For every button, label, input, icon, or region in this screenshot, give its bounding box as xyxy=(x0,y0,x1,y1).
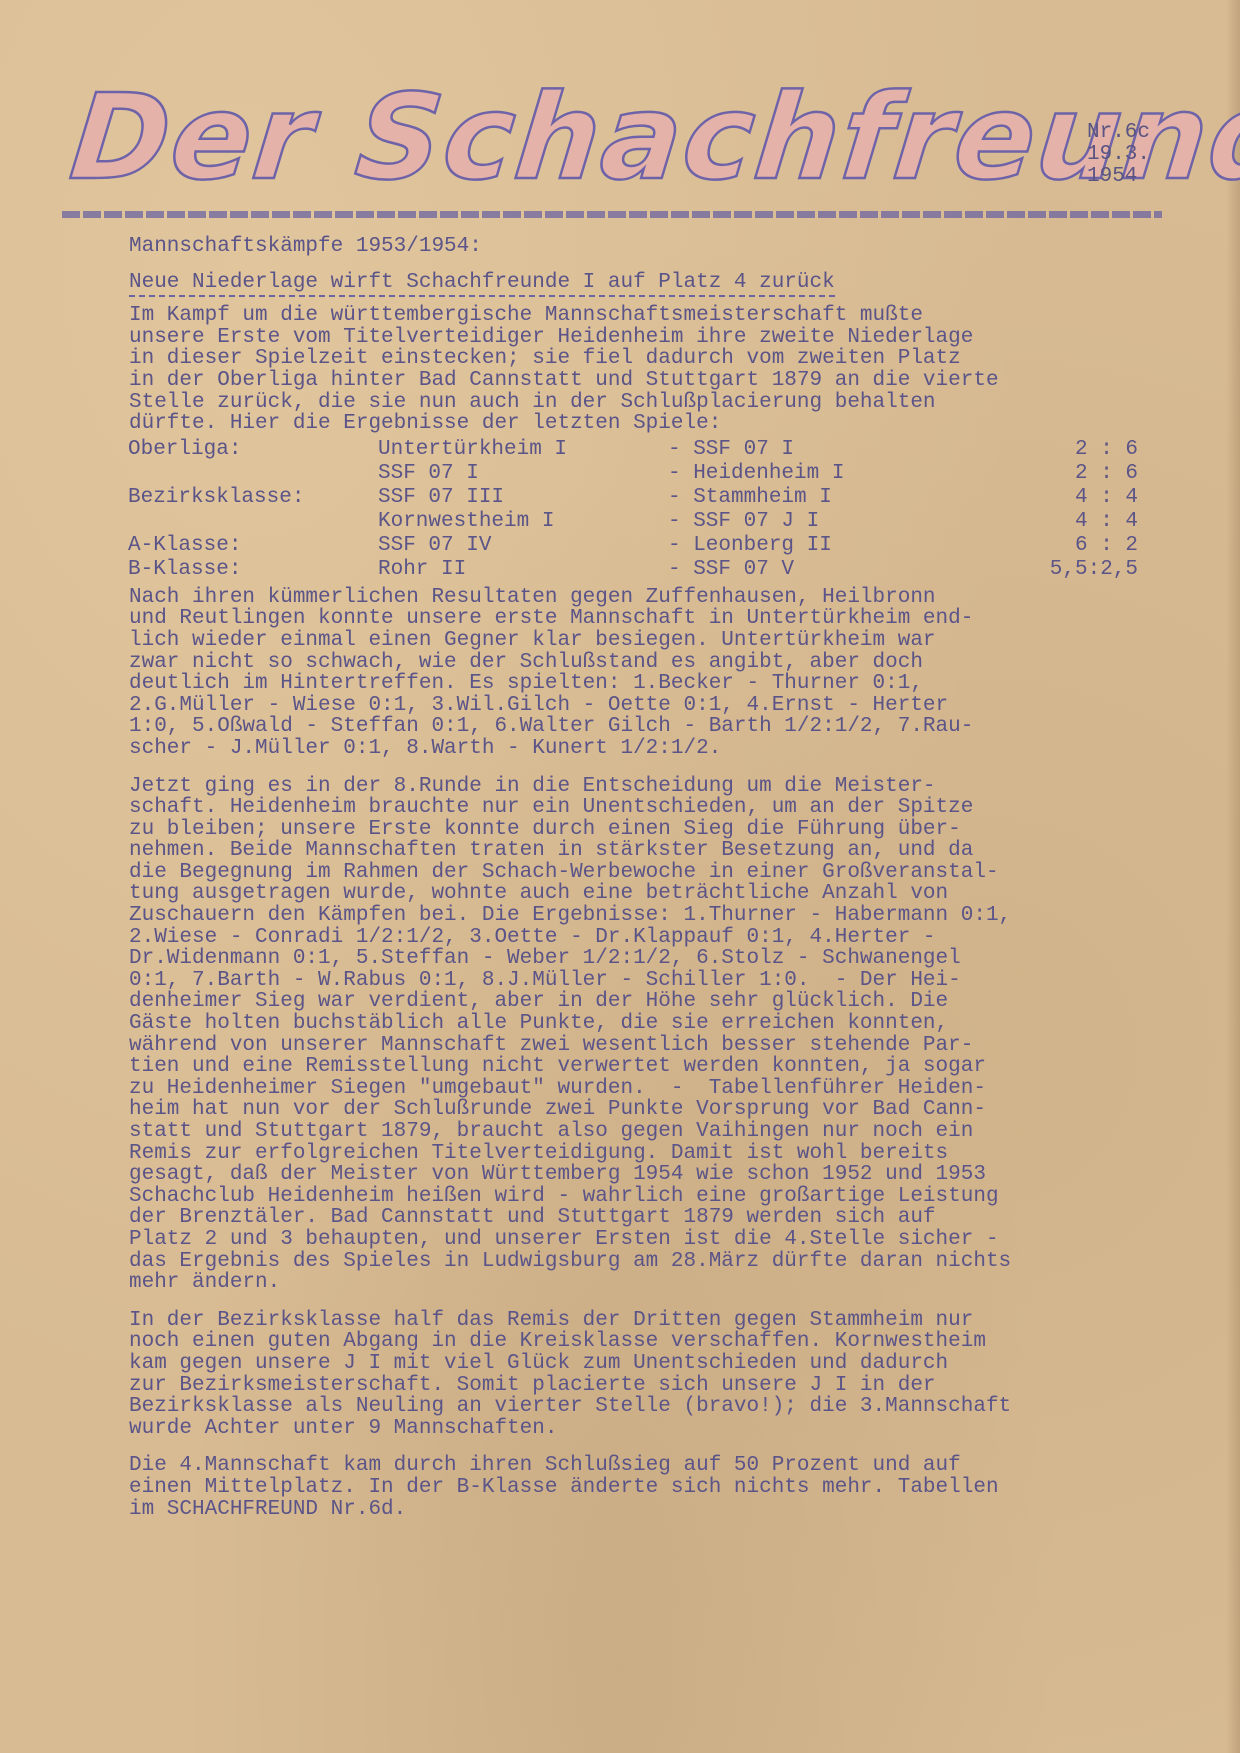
league-cell xyxy=(128,463,378,487)
text-line: die Begegnung im Rahmen der Schach-Werbe… xyxy=(129,862,1209,884)
text-line: 1:0, 5.Oßwald - Steffan 0:1, 6.Walter Gi… xyxy=(129,716,1209,738)
text-line: 2.G.Müller - Wiese 0:1, 3.Wil.Gilch - Oe… xyxy=(129,695,1209,717)
text-line: in dieser Spielzeit einstecken; sie fiel… xyxy=(129,348,1209,370)
issue-info: Nr.6c 19.3. 1954 xyxy=(1087,122,1150,188)
text-line: Platz 2 und 3 behaupten, und unserer Ers… xyxy=(129,1229,1209,1251)
text-line: tung ausgetragen wurde, wohnte auch eine… xyxy=(129,883,1209,905)
paragraph-b-klasse: Die 4.Mannschaft kam durch ihren Schlußs… xyxy=(129,1455,1209,1520)
text-line: heim hat nun vor der Schlußrunde zwei Pu… xyxy=(129,1099,1209,1121)
text-line: Nach ihren kümmerlichen Resultaten gegen… xyxy=(129,587,1209,609)
text-line: zwar nicht so schwach, wie der Schlußsta… xyxy=(129,652,1209,674)
text-line: noch einen guten Abgang in die Kreisklas… xyxy=(129,1331,1209,1353)
text-line: Remis zur erfolgreichen Titelverteidigun… xyxy=(129,1143,1209,1165)
text-line: unsere Erste vom Titelverteidiger Heiden… xyxy=(129,327,1209,349)
text-line: das Ergebnis des Spieles in Ludwigsburg … xyxy=(129,1251,1209,1273)
table-row: SSF 07 I - Heidenheim I 2 : 6 xyxy=(128,463,1138,487)
home-team-cell: SSF 07 III xyxy=(378,487,668,511)
text-line: und Reutlingen konnte unsere erste Manns… xyxy=(129,608,1209,630)
text-line: deutlich im Hintertreffen. Es spielten: … xyxy=(129,673,1209,695)
away-team-cell: - Stammheim I xyxy=(668,487,988,511)
text-line: nehmen. Beide Mannschaften traten in stä… xyxy=(129,840,1209,862)
away-team-cell: - Leonberg II xyxy=(668,535,988,559)
article: Mannschaftskämpfe 1953/1954: Neue Nieder… xyxy=(129,236,1209,1536)
text-line: kam gegen unsere J I mit viel Glück zum … xyxy=(129,1353,1209,1375)
newsletter-title: Der Schachfreund xyxy=(66,78,1240,196)
issue-number: Nr.6c xyxy=(1087,122,1150,144)
paragraph-heidenheim: Jetzt ging es in der 8.Runde in die Ents… xyxy=(129,776,1209,1294)
text-line: scher - J.Müller 0:1, 8.Warth - Kunert 1… xyxy=(129,738,1209,760)
text-line: 2.Wiese - Conradi 1/2:1/2, 3.Oette - Dr.… xyxy=(129,927,1209,949)
paragraph-bezirksklasse: In der Bezirksklasse half das Remis der … xyxy=(129,1310,1209,1440)
paragraph-untertuerkheim: Nach ihren kümmerlichen Resultaten gegen… xyxy=(129,587,1209,760)
score-cell: 2 : 6 xyxy=(988,439,1138,463)
away-team-cell: - SSF 07 V xyxy=(668,559,988,583)
score-cell: 4 : 4 xyxy=(988,511,1138,535)
text-line: Stelle zurück, die sie nun auch in der S… xyxy=(129,392,1209,414)
text-line: gesagt, daß der Meister von Württemberg … xyxy=(129,1164,1209,1186)
text-line: lich wieder einmal einen Gegner klar bes… xyxy=(129,630,1209,652)
text-line: zu bleiben; unsere Erste konnte durch ei… xyxy=(129,819,1209,841)
home-team-cell: SSF 07 I xyxy=(378,463,668,487)
score-cell: 5,5:2,5 xyxy=(988,559,1138,583)
text-line: wurde Achter unter 9 Mannschaften. xyxy=(129,1418,1209,1440)
away-team-cell: - SSF 07 J I xyxy=(668,511,988,535)
issue-date: 19.3. xyxy=(1087,144,1150,166)
text-line: In der Bezirksklasse half das Remis der … xyxy=(129,1310,1209,1332)
away-team-cell: - Heidenheim I xyxy=(668,463,988,487)
text-line: in der Oberliga hinter Bad Cannstatt und… xyxy=(129,370,1209,392)
masthead-divider xyxy=(62,211,1162,217)
league-cell: A-Klasse: xyxy=(128,535,378,559)
home-team-cell: Untertürkheim I xyxy=(378,439,668,463)
text-line: zur Bezirksmeisterschaft. Somit placiert… xyxy=(129,1375,1209,1397)
results-table: Oberliga: Untertürkheim I - SSF 07 I 2 :… xyxy=(128,439,1138,583)
text-line: Dr.Widenmann 0:1, 5.Steffan - Weber 1/2:… xyxy=(129,948,1209,970)
article-headline: Neue Niederlage wirft Schachfreunde I au… xyxy=(129,272,835,298)
text-line: statt und Stuttgart 1879, braucht also g… xyxy=(129,1121,1209,1143)
text-line: Bezirksklasse als Neuling an vierter Ste… xyxy=(129,1396,1209,1418)
text-line: dürfte. Hier die Ergebnisse der letzten … xyxy=(129,413,1209,435)
score-cell: 2 : 6 xyxy=(988,463,1138,487)
text-line: der Brenztäler. Bad Cannstatt und Stuttg… xyxy=(129,1207,1209,1229)
text-line: während von unserer Mannschaft zwei wese… xyxy=(129,1035,1209,1057)
text-line: im SCHACHFREUND Nr.6d. xyxy=(129,1499,1209,1521)
table-row: B-Klasse: Rohr II - SSF 07 V 5,5:2,5 xyxy=(128,559,1138,583)
issue-year: 1954 xyxy=(1087,166,1150,188)
league-cell: B-Klasse: xyxy=(128,559,378,583)
table-row: A-Klasse: SSF 07 IV - Leonberg II 6 : 2 xyxy=(128,535,1138,559)
table-row: Oberliga: Untertürkheim I - SSF 07 I 2 :… xyxy=(128,439,1138,463)
text-line: mehr ändern. xyxy=(129,1272,1209,1294)
table-row: Kornwestheim I - SSF 07 J I 4 : 4 xyxy=(128,511,1138,535)
text-line: Im Kampf um die württembergische Mannsch… xyxy=(129,305,1209,327)
text-line: Die 4.Mannschaft kam durch ihren Schlußs… xyxy=(129,1455,1209,1477)
text-line: tien und eine Remisstellung nicht verwer… xyxy=(129,1056,1209,1078)
text-line: zu Heidenheimer Siegen "umgebaut" wurden… xyxy=(129,1078,1209,1100)
section-label: Mannschaftskämpfe 1953/1954: xyxy=(129,236,1209,258)
text-line: Zuschauern den Kämpfen bei. Die Ergebnis… xyxy=(129,905,1209,927)
home-team-cell: Kornwestheim I xyxy=(378,511,668,535)
text-line: schaft. Heidenheim brauchte nur ein Unen… xyxy=(129,797,1209,819)
home-team-cell: Rohr II xyxy=(378,559,668,583)
score-cell: 4 : 4 xyxy=(988,487,1138,511)
home-team-cell: SSF 07 IV xyxy=(378,535,668,559)
text-line: Gäste holten buchstäblich alle Punkte, d… xyxy=(129,1013,1209,1035)
table-row: Bezirksklasse: SSF 07 III - Stammheim I … xyxy=(128,487,1138,511)
league-cell: Bezirksklasse: xyxy=(128,487,378,511)
score-cell: 6 : 2 xyxy=(988,535,1138,559)
text-line: 0:1, 7.Barth - W.Rabus 0:1, 8.J.Müller -… xyxy=(129,970,1209,992)
masthead: Der Schachfreund xyxy=(72,78,1072,198)
league-cell xyxy=(128,511,378,535)
text-line: denheimer Sieg war verdient, aber in der… xyxy=(129,991,1209,1013)
paper-edge xyxy=(1226,0,1240,1753)
intro-paragraph: Im Kampf um die württembergische Mannsch… xyxy=(129,305,1209,435)
text-line: Schachclub Heidenheim heißen wird - wahr… xyxy=(129,1186,1209,1208)
league-cell: Oberliga: xyxy=(128,439,378,463)
text-line: Jetzt ging es in der 8.Runde in die Ents… xyxy=(129,776,1209,798)
away-team-cell: - SSF 07 I xyxy=(668,439,988,463)
text-line: einen Mittelplatz. In der B-Klasse änder… xyxy=(129,1477,1209,1499)
